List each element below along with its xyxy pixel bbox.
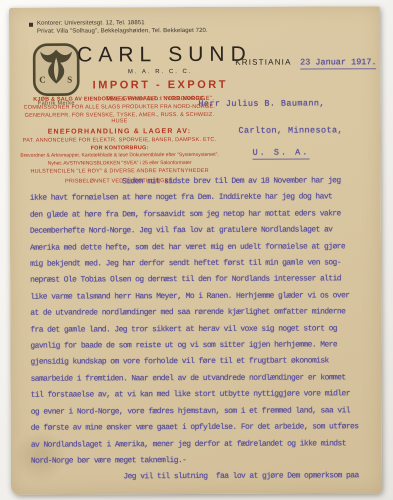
svg-text:S: S	[67, 75, 72, 85]
letter-body-line: Siden mit sidste brev til Dem av 18 Nove…	[30, 173, 372, 191]
service-line: KJØB & SALG AV EIENDOMME & VANDFALD I NO…	[17, 96, 221, 103]
letter-body-line: samarbeide i fremtiden. Naar endel av de…	[31, 370, 373, 388]
letter-body-line: til forstaaelse av, at vi kan med like s…	[31, 387, 373, 405]
letter-body-line: Nord-Norge bør være meget taknemlig.-	[31, 452, 373, 470]
letter-paper: Kontorer: Universitetsgt. 12, Tel. 18851…	[9, 6, 382, 495]
service-line: Nyhet: AVSTIVNINGSBLOKKEN "SVEA" i 25 el…	[18, 160, 222, 167]
letter-body-line: gavnlig for baade de som reiste ut og vi…	[30, 337, 372, 355]
letter-body-line: Jeg vil til slutning faa lov at gjøre De…	[31, 469, 373, 487]
recipient-name: Herr Julius B. Baumann,	[198, 98, 325, 109]
letter-body-line: at de utvandrede nordlændinger med saa r…	[30, 304, 372, 322]
letter-body-line: den glæde at høre fra Dem, forsaavidt so…	[30, 206, 372, 224]
recipient-country: U. S. A.	[253, 148, 310, 160]
services-list: KJØB & SALG AV EIENDOMME & VANDFALD I NO…	[17, 95, 221, 185]
svg-text:C: C	[39, 75, 46, 85]
service-line: ENEFORHANDLING & LAGER AV:	[17, 129, 221, 136]
letter-body: Siden mit sidste brev til Dem av 18 Nove…	[30, 173, 373, 486]
company-name: CARL SUND	[77, 43, 243, 68]
office-address-line: Privat: Villa "Solhaug", Bekkelagshøiden…	[37, 27, 208, 35]
service-line: FOR KONTORBRUG:	[18, 145, 222, 152]
letter-body-line: de første av mine ønsker være gaaet i op…	[31, 419, 373, 437]
import-export-line: IMPORT - EXPORT	[77, 79, 243, 92]
service-line: COMMISSIONER FOR ALLE SLAGS PRODUKTER FR…	[17, 104, 221, 111]
letter-body-line: fra det gamle land. Jeg tror sikkert at …	[30, 321, 372, 339]
letter-body-line: gjensidig kundskap om vore forholde vil …	[30, 354, 372, 372]
service-line: GENERALREPR. FOR SVENSKE, TYSKE, AMER., …	[17, 111, 221, 124]
company-credential: M. A. R. C. C.	[77, 69, 243, 76]
recipient-city: Carlton, Minnesota,	[238, 125, 343, 135]
office-address-lines: Kontorer: Universitetsgt. 12, Tel. 18851…	[37, 20, 208, 36]
trademark-emblem-icon: C S	[31, 41, 81, 99]
scanned-letter-page: { "letterhead": { "office_lines": [ "Kon…	[0, 0, 393, 500]
letter-body-line: like varme talsmand herr Hans Meyer, Mo …	[30, 288, 372, 306]
letter-body-line: mig bekjendt med. Jeg har derfor sendt h…	[30, 255, 372, 273]
dateline: KRISTIANIA 23 Januar 1917.	[235, 51, 376, 70]
place-label: KRISTIANIA	[235, 58, 291, 67]
service-line: Brevordner & Arkivmapper, Kartotekblade …	[18, 152, 222, 159]
typed-date: 23 Januar 1917.	[300, 57, 377, 69]
letter-body-line: nepræst Ole Tobias Olsen og dernæst til …	[30, 272, 372, 290]
letter-body-line: av Nordlandslaget i Amerika, mener jeg d…	[31, 436, 373, 454]
service-line: PAT. ANNONCEURE FOR ELEKTR. SPORVEIE, BA…	[18, 137, 222, 144]
letter-body-line: Amerika med dette hefte, som det har vær…	[30, 239, 372, 257]
letter-body-line: ikke havt fornøielsen at høre noget fra …	[30, 190, 372, 208]
letterhead-name-block: CARL SUND M. A. R. C. C. IMPORT - EXPORT…	[77, 43, 243, 103]
bullet-square-icon	[29, 23, 33, 27]
letter-body-line: og evner i Nord-Norge, vore fædres hjems…	[31, 403, 373, 421]
letter-body-line: Decemberhefte Nord-Norge. Jeg vil faa lo…	[30, 222, 372, 240]
